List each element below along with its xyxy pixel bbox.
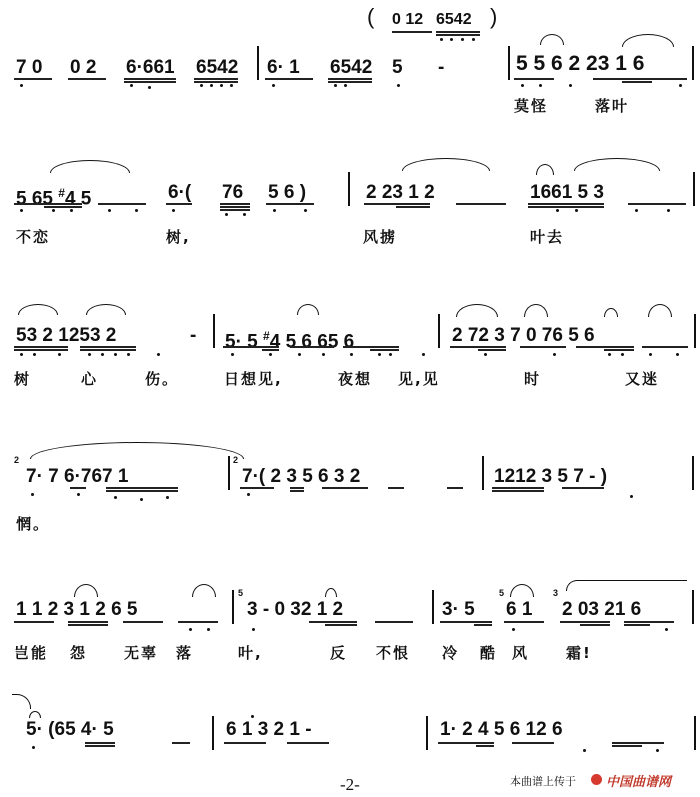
note-group: 5· 5 #4 5 6 65 6 [225,326,354,352]
note-group: 7·( 2 3 5 6 3 2 [242,467,360,487]
note-group: 6·( [168,183,191,203]
page-number: -2- [340,775,360,795]
site-logo-icon [591,774,602,785]
note-group: 3 - 0 32 1 2 [247,600,343,620]
lyric: 夜想 [338,368,372,389]
lyric: 霜! [566,642,592,663]
lyric: 莫怪 [514,95,548,116]
lyric: 落叶 [595,95,629,116]
note-group: 6542 [330,58,372,78]
lyric: 岂能 [14,642,48,663]
lyric: 叶, [238,642,263,663]
lyric: 怨 [70,642,87,663]
lyric: 落 [176,642,193,663]
note-group: 5 6 ) [268,183,306,203]
note-group: 53 2 1253 2 [16,326,116,346]
lyric: 又迷 [625,368,659,389]
note-group: 6· 1 [267,58,300,78]
note-group: 76 [222,183,243,203]
note-group: 1212 3 5 7 - ) [494,467,607,487]
upload-source-text: 本曲谱上传于 [510,773,576,789]
lyric: 树, [166,226,191,247]
lyric: 时 [524,368,541,389]
note-group: 2 03 21 6 [562,600,641,620]
dash: - [438,58,444,78]
site-name-link[interactable]: 中国曲谱网 [606,771,671,790]
lyric: 冷 [442,642,459,663]
lyric: 风 [512,642,529,663]
open-paren: ( [367,7,374,27]
note-group: 1661 5 3 [530,183,604,203]
note-group: 5 5 6 2 23 1 6 [516,54,644,74]
lyric: 惘。 [16,513,50,534]
grace-note: 2 [14,455,19,465]
note-group: 3· 5 [442,600,475,620]
lyric: 无辜 [124,642,158,663]
grace-note: 3 [553,588,558,598]
note-group: 7· 7 6·767 1 [26,467,128,487]
lyric: 日想见, [224,368,283,389]
lyric: 心 [81,368,98,389]
note-group: 6 1 [506,600,532,620]
close-paren: ) [490,7,497,27]
lyric: 酷 [480,642,497,663]
dash: - [190,326,196,346]
lyric: 见,见 [398,368,440,389]
lyric: 不恨 [376,642,410,663]
lyric: 不恋 [16,226,50,247]
grace-note: 2 [233,455,238,465]
lyric: 反 [330,642,347,663]
lyric: 树 [14,368,31,389]
note-group: 2 23 1 2 [366,183,435,203]
note-group: 1 1 2 3 1 2 6 5 [16,600,138,620]
note-group: 6542 [196,58,238,78]
lyric: 叶去 [530,226,564,247]
note-group: 5· (65 4· 5 [26,720,114,740]
note-group: 0 2 [70,58,96,78]
note-group: 2 72 3 7 0 76 5 6 [452,326,595,346]
grace-note: 5 [238,588,243,598]
note-group: 6·661 [126,58,175,78]
note: 5 [392,58,403,78]
note-group: 1· 2 4 5 6 12 6 [440,720,563,740]
lyric: 伤。 [145,368,179,389]
note-group: 6 1 3 2 1 - [226,720,312,740]
grace-note: 5 [499,588,504,598]
note-group: 0 12 [392,10,423,30]
lyric: 风掳 [363,226,397,247]
note-group: 6542 [436,10,472,30]
note-group: 7 0 [16,58,42,78]
